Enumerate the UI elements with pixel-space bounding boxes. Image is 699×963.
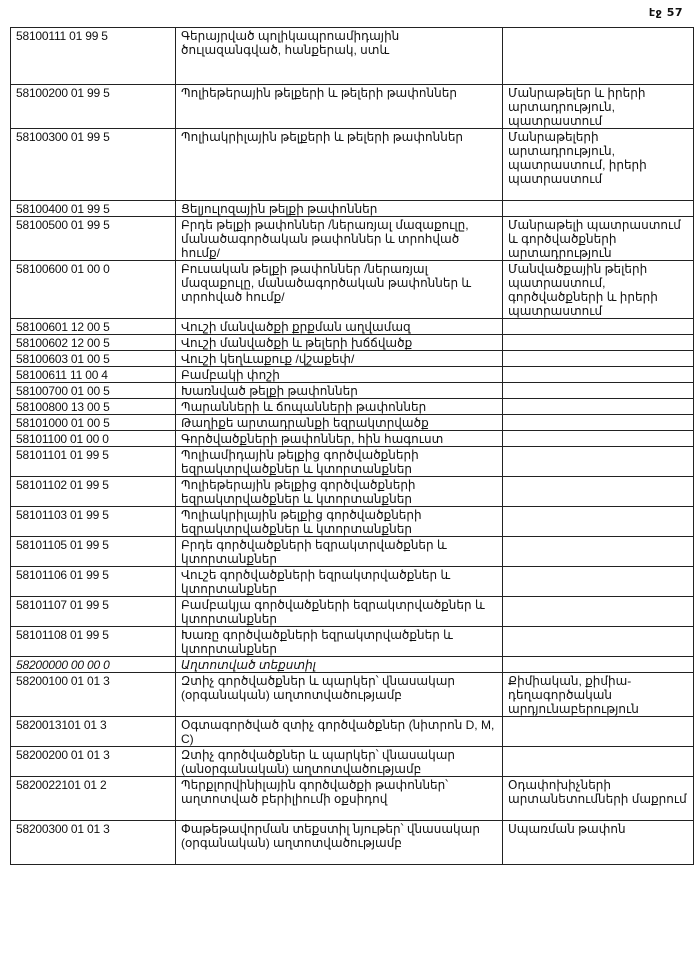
cell-name: Զտիչ գործվածքներ և պարկեր՝ վնասակար (անօ… (176, 747, 503, 777)
cell-code: 58101000 01 00 5 (11, 415, 176, 431)
cell-name: Բամբակյա գործվածքների եզրակտրվածքներ և կ… (176, 597, 503, 627)
cell-code: 58101105 01 99 5 (11, 537, 176, 567)
cell-code: 58101100 01 00 0 (11, 431, 176, 447)
cell-name: Օգտագործված զտիչ գործվածքներ (նիտրոն D, … (176, 717, 503, 747)
cell-note (503, 415, 694, 431)
cell-name: Վուշի կեղևաքուք /վշաքեփ/ (176, 351, 503, 367)
cell-code: 5820022101 01 2 (11, 777, 176, 821)
table-row: 5820013101 01 3Օգտագործված զտիչ գործվածք… (11, 717, 694, 747)
waste-classification-table: 58100111 01 99 5Գերայրված պոլիկապրոամիդա… (10, 27, 694, 865)
cell-note (503, 319, 694, 335)
cell-note (503, 597, 694, 627)
cell-note (503, 351, 694, 367)
table-row: 58100602 12 00 5Վուշի մանվածքի և թելերի … (11, 335, 694, 351)
cell-code: 58100602 12 00 5 (11, 335, 176, 351)
cell-note (503, 383, 694, 399)
cell-code: 58101102 01 99 5 (11, 477, 176, 507)
cell-code: 58100700 01 00 5 (11, 383, 176, 399)
cell-note (503, 28, 694, 85)
table-row: 58100600 01 00 0Բուսական թելքի թափոններ … (11, 261, 694, 319)
cell-code: 58100400 01 99 5 (11, 201, 176, 217)
table-row: 58100111 01 99 5Գերայրված պոլիկապրոամիդա… (11, 28, 694, 85)
cell-code: 58100603 01 00 5 (11, 351, 176, 367)
cell-name: Պոլիակրիլային թելքերի և թելերի թափոններ (176, 129, 503, 201)
cell-code: 5820013101 01 3 (11, 717, 176, 747)
cell-name: Պոլիակրիլային թելքից գործվածքների եզրակտ… (176, 507, 503, 537)
table-row: 58100500 01 99 5Բրդե թելքի թափոններ /ներ… (11, 217, 694, 261)
cell-note (503, 507, 694, 537)
cell-note: Մանրաթելեր և իրերի արտադրություն, պատրաս… (503, 85, 694, 129)
cell-code: 58100111 01 99 5 (11, 28, 176, 85)
cell-note (503, 657, 694, 673)
cell-note (503, 367, 694, 383)
cell-code: 58100200 01 99 5 (11, 85, 176, 129)
cell-code: 58100500 01 99 5 (11, 217, 176, 261)
table-row: 58100700 01 00 5Խառնված թելքի թափոններ (11, 383, 694, 399)
page-number: էջ 57 (649, 6, 683, 19)
cell-note (503, 447, 694, 477)
cell-name: Վուշե գործվածքների եզրակտրվածքներ և կտոր… (176, 567, 503, 597)
cell-note (503, 431, 694, 447)
cell-name: Թաղիքե արտադրանքի եզրակտրվածք (176, 415, 503, 431)
table-row: 58100611 11 00 4Բամբակի փոշի (11, 367, 694, 383)
cell-name: Զտիչ գործվածքներ և պարկեր՝ վնասակար (օրգ… (176, 673, 503, 717)
cell-note (503, 567, 694, 597)
cell-name: Փաթեթավորման տեքստիլ նյութեր՝ վնասակար (… (176, 821, 503, 865)
cell-note (503, 717, 694, 747)
cell-note (503, 537, 694, 567)
cell-note (503, 747, 694, 777)
cell-name: Խառնված թելքի թափոններ (176, 383, 503, 399)
table-row: 58101107 01 99 5Բամբակյա գործվածքների եզ… (11, 597, 694, 627)
cell-code: 58101106 01 99 5 (11, 567, 176, 597)
cell-name: Պոլիեթերային թելքերի և թելերի թափոններ (176, 85, 503, 129)
cell-name: Վուշի մանվածքի և թելերի խճճվածք (176, 335, 503, 351)
cell-note (503, 201, 694, 217)
cell-name: Պոլիամիդային թելքից գործվածքների եզրակտր… (176, 447, 503, 477)
cell-name: Վուշի մանվածքի քրքման աղվամազ (176, 319, 503, 335)
table-row: 58100200 01 99 5Պոլիեթերային թելքերի և թ… (11, 85, 694, 129)
table-row: 58200000 00 00 0Աղտոտված տեքստիլ (11, 657, 694, 673)
cell-name: Բրդե գործվածքների եզրակտրվածքներ և կտորտ… (176, 537, 503, 567)
table-row: 5820022101 01 2Պերքլորվինիլային գործվածք… (11, 777, 694, 821)
cell-name: Բուսական թելքի թափոններ /ներառյալ մազաքո… (176, 261, 503, 319)
table-row: 58100603 01 00 5Վուշի կեղևաքուք /վշաքեփ/ (11, 351, 694, 367)
cell-name: Աղտոտված տեքստիլ (176, 657, 503, 673)
cell-code: 58200000 00 00 0 (11, 657, 176, 673)
cell-code: 58200100 01 01 3 (11, 673, 176, 717)
cell-code: 58100611 11 00 4 (11, 367, 176, 383)
table-row: 58200200 01 01 3Զտիչ գործվածքներ և պարկե… (11, 747, 694, 777)
cell-code: 58200300 01 01 3 (11, 821, 176, 865)
cell-code: 58101107 01 99 5 (11, 597, 176, 627)
table-row: 58101000 01 00 5Թաղիքե արտադրանքի եզրակտ… (11, 415, 694, 431)
cell-name: Գերայրված պոլիկապրոամիդային ծուլազանգված… (176, 28, 503, 85)
cell-note (503, 477, 694, 507)
table-row: 58101100 01 00 0Գործվածքների թափոններ, հ… (11, 431, 694, 447)
cell-note: Մանրաթելերի արտադրություն, պատրաստում, ի… (503, 129, 694, 201)
cell-name: Պոլիեթերային թելքից գործվածքների եզրակտր… (176, 477, 503, 507)
cell-note (503, 335, 694, 351)
table-row: 58200100 01 01 3Զտիչ գործվածքներ և պարկե… (11, 673, 694, 717)
table-row: 58100800 13 00 5Պարանների և ճոպանների թա… (11, 399, 694, 415)
cell-code: 58101103 01 99 5 (11, 507, 176, 537)
cell-code: 58200200 01 01 3 (11, 747, 176, 777)
cell-name: Ցելյուլոզային թելքի թափոններ (176, 201, 503, 217)
table-row: 58200300 01 01 3Փաթեթավորման տեքստիլ նյո… (11, 821, 694, 865)
cell-note: Օդափոխիչների արտանետումների մաքրում (503, 777, 694, 821)
cell-name: Խառը գործվածքների եզրակտրվածքներ և կտորտ… (176, 627, 503, 657)
cell-note (503, 627, 694, 657)
cell-code: 58100600 01 00 0 (11, 261, 176, 319)
table-row: 58100601 12 00 5Վուշի մանվածքի քրքման աղ… (11, 319, 694, 335)
cell-name: Բամբակի փոշի (176, 367, 503, 383)
table-row: 58101102 01 99 5Պոլիեթերային թելքից գործ… (11, 477, 694, 507)
table-row: 58101106 01 99 5Վուշե գործվածքների եզրակ… (11, 567, 694, 597)
cell-name: Բրդե թելքի թափոններ /ներառյալ մազաքուլը,… (176, 217, 503, 261)
cell-note: Սպառման թափոն (503, 821, 694, 865)
cell-note: Մանվածքային թելերի պատրաստում, գործվածքն… (503, 261, 694, 319)
cell-code: 58100601 12 00 5 (11, 319, 176, 335)
cell-code: 58101108 01 99 5 (11, 627, 176, 657)
cell-code: 58100300 01 99 5 (11, 129, 176, 201)
table-row: 58101101 01 99 5Պոլիամիդային թելքից գործ… (11, 447, 694, 477)
cell-note: Քիմիական, քիմիա-դեղագործական արդյունաբեր… (503, 673, 694, 717)
table-row: 58101103 01 99 5Պոլիակրիլային թելքից գոր… (11, 507, 694, 537)
cell-name: Պերքլորվինիլային գործվածքի թափոններ՝ աղտ… (176, 777, 503, 821)
cell-note (503, 399, 694, 415)
table-row: 58100400 01 99 5Ցելյուլոզային թելքի թափո… (11, 201, 694, 217)
cell-code: 58101101 01 99 5 (11, 447, 176, 477)
cell-code: 58100800 13 00 5 (11, 399, 176, 415)
cell-note: Մանրաթելի պատրաստում և գործվածքների արտա… (503, 217, 694, 261)
cell-name: Պարանների և ճոպանների թափոններ (176, 399, 503, 415)
cell-name: Գործվածքների թափոններ, հին հագուստ (176, 431, 503, 447)
table-row: 58101108 01 99 5Խառը գործվածքների եզրակտ… (11, 627, 694, 657)
table-row: 58100300 01 99 5Պոլիակրիլային թելքերի և … (11, 129, 694, 201)
table-row: 58101105 01 99 5Բրդե գործվածքների եզրակտ… (11, 537, 694, 567)
